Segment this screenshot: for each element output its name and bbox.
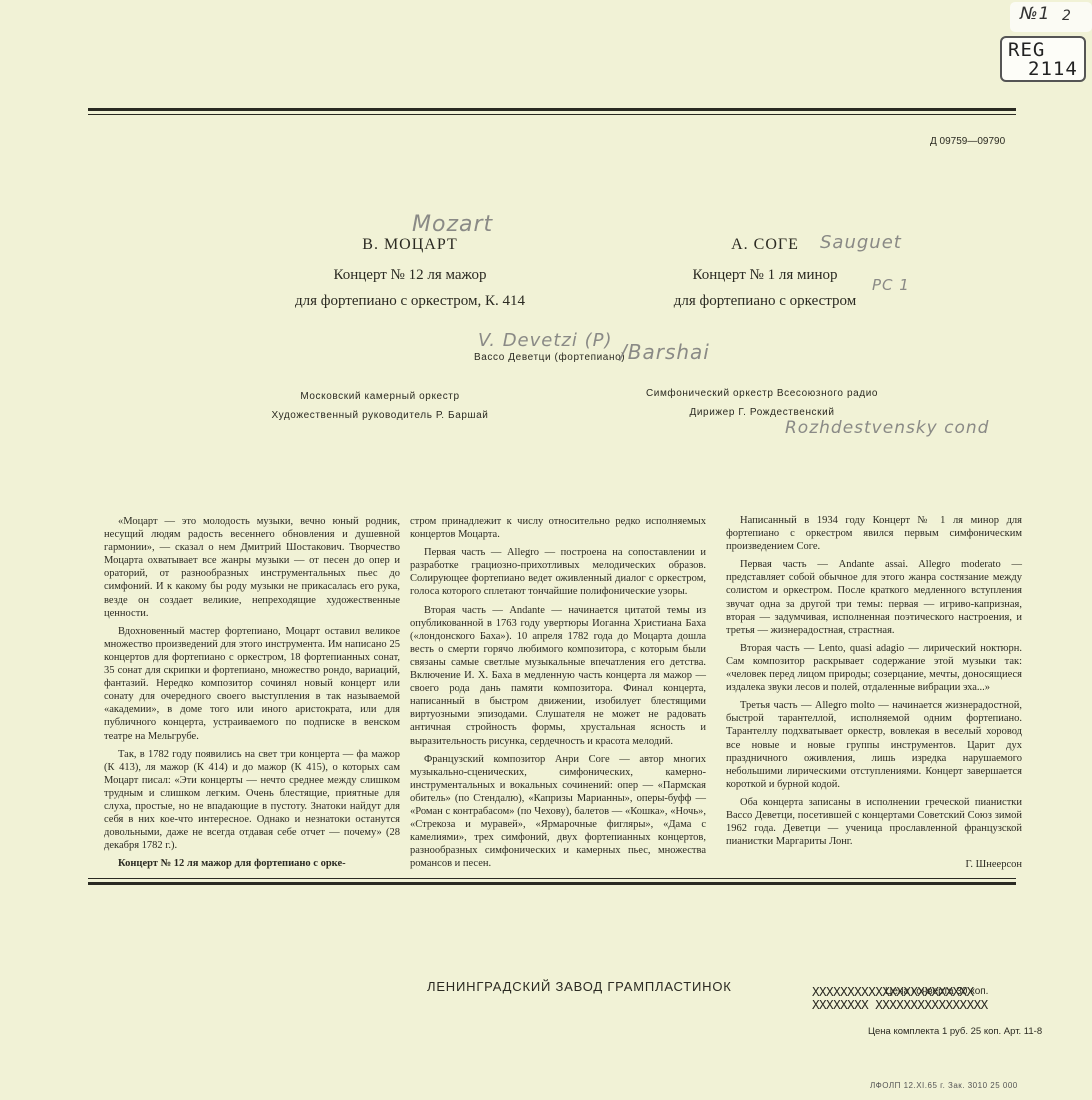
- handwritten-devetzi: V. Devetzi (P): [478, 330, 612, 351]
- notes-paragraph: Вдохновенный мастер фортепиано, Моцарт о…: [104, 625, 400, 743]
- set-price: Цена комплекта 1 руб. 25 коп. Арт. 11-8: [868, 1026, 1042, 1037]
- left-title: Концерт № 12 ля мажор: [230, 262, 590, 288]
- handwritten-note-top: №1 2: [1010, 2, 1092, 32]
- notes-column-1: «Моцарт — это молодость музыки, вечно юн…: [104, 515, 400, 875]
- left-work-header: В. МОЦАРТ Концерт № 12 ля мажор для форт…: [230, 232, 590, 314]
- left-subtitle: для фортепиано с оркестром, К. 414: [230, 288, 590, 314]
- notes-paragraph: «Моцарт — это молодость музыки, вечно юн…: [104, 515, 400, 620]
- notes-paragraph: Так, в 1782 году появились на свет три к…: [104, 748, 400, 853]
- reg-number: 2114: [1008, 60, 1084, 79]
- left-credits: Московский камерный оркестр Художественн…: [240, 387, 520, 425]
- top-rule: [88, 108, 1016, 111]
- note-number-2: 2: [1062, 8, 1072, 24]
- note-number: №1: [1020, 4, 1051, 24]
- notes-paragraph: Третья часть — Allegro molto — начинаетс…: [726, 699, 1022, 791]
- right-credits: Симфонический оркестр Всесоюзного радио …: [612, 384, 912, 422]
- notes-paragraph: Первая часть — Allegro — построена на со…: [410, 546, 706, 598]
- notes-paragraph: Французский композитор Анри Соге — автор…: [410, 753, 706, 871]
- left-director: Художественный руководитель Р. Баршай: [240, 406, 520, 425]
- catalog-number: Д 09759—09790: [930, 136, 1005, 147]
- notes-paragraph: Вторая часть — Lento, quasi adagio — лир…: [726, 642, 1022, 694]
- left-composer: В. МОЦАРТ: [230, 232, 590, 258]
- notes-paragraph: стром принадлежит к числу относительно р…: [410, 515, 706, 541]
- handwritten-barshai: /Barshai: [620, 340, 710, 364]
- notes-paragraph: Оба концерта записаны в исполнении грече…: [726, 796, 1022, 848]
- envelope-price: Цена конверта 30 коп.: [885, 986, 988, 997]
- print-info: ЛФОЛП 12.XI.65 г. Зак. 3010 25 000: [870, 1081, 1018, 1090]
- bottom-rule-thin: [88, 878, 1016, 879]
- soloist: Вассо Деветци (фортепиано): [474, 352, 625, 363]
- signature: Г. Шнеерсон: [726, 858, 1022, 871]
- notes-paragraph: Написанный в 1934 году Концерт № 1 ля ми…: [726, 514, 1022, 553]
- factory-name: ЛЕНИНГРАДСКИЙ ЗАВОД ГРАМПЛАСТИНОК: [427, 979, 732, 994]
- right-orchestra: Симфонический оркестр Всесоюзного радио: [612, 384, 912, 403]
- right-work-header: А. СОГЕ Концерт № 1 ля минор для фортепи…: [610, 232, 920, 314]
- right-subtitle: для фортепиано с оркестром: [610, 288, 920, 314]
- notes-paragraph: Первая часть — Andante assai. Allegro mo…: [726, 558, 1022, 637]
- left-orchestra: Московский камерный оркестр: [240, 387, 520, 406]
- top-rule-thin: [88, 114, 1016, 115]
- right-composer: А. СОГЕ: [610, 232, 920, 258]
- bottom-rule: [88, 882, 1016, 885]
- notes-paragraph: Концерт № 12 ля мажор для фортепиано с о…: [104, 857, 400, 870]
- notes-column-2: стром принадлежит к числу относительно р…: [410, 515, 706, 875]
- reg-stamp: REG 2114: [1000, 36, 1086, 82]
- notes-column-3: Написанный в 1934 году Концерт № 1 ля ми…: [726, 514, 1022, 871]
- right-title: Концерт № 1 ля минор: [610, 262, 920, 288]
- struck-line-2: XXXXXXXX XXXXXXXXXXXXXXXX: [812, 998, 988, 1011]
- handwritten-rozhdestvensky: Rozhdestvensky cond: [785, 418, 989, 438]
- notes-paragraph: Вторая часть — Andante — начинается цита…: [410, 604, 706, 748]
